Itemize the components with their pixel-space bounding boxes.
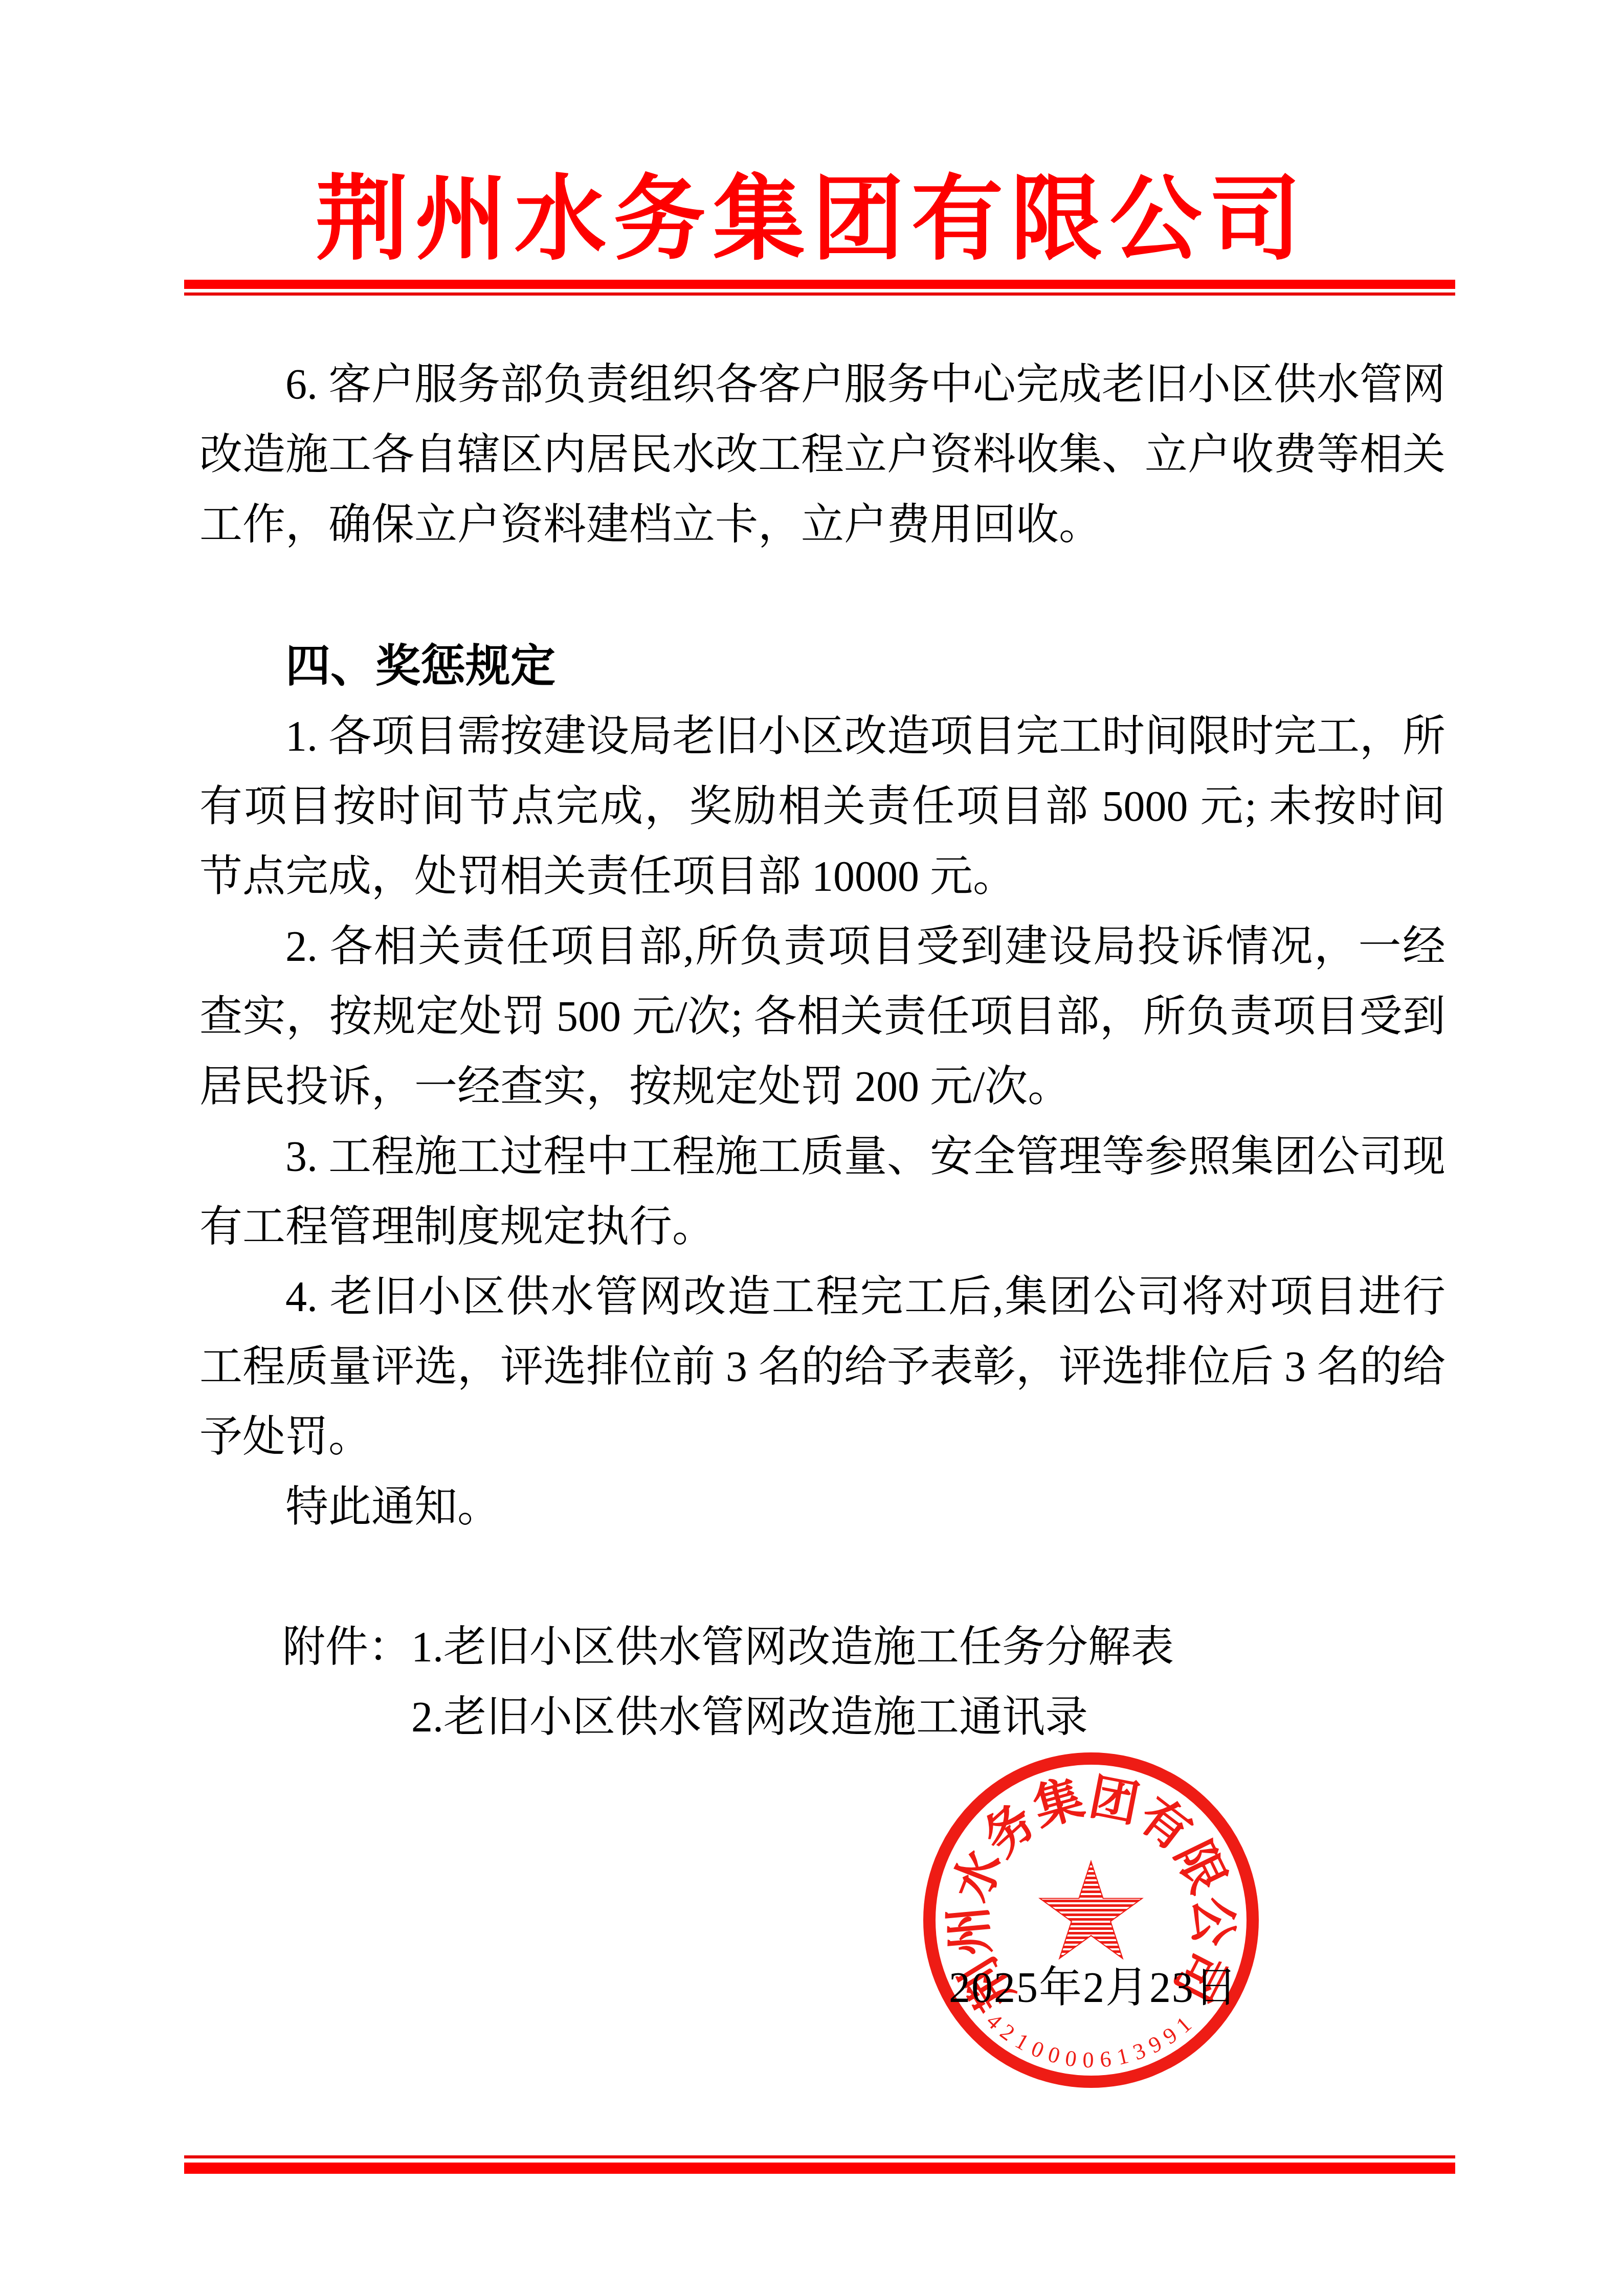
notice-body: 6. 客户服务部负责组织各客户服务中心完成老旧小区供水管网改造施工各自辖区内居民… <box>199 350 1445 1752</box>
footer-thick-rule <box>184 2163 1455 2174</box>
letterhead-title: 荆州水务集团有限公司 <box>0 169 1624 271</box>
document-page: 荆州水务集团有限公司 6. 客户服务部负责组织各客户服务中心完成老旧小区供水管网… <box>0 0 1624 2296</box>
paragraph-item-3: 3. 工程施工过程中工程施工质量、安全管理等参照集团公司现有工程管理制度规定执行… <box>199 1122 1445 1262</box>
paragraph-item-4: 4. 老旧小区供水管网改造工程完工后,集团公司将对项目进行工程质量评选，评选排位… <box>199 1262 1445 1472</box>
attachment-label: 附件： <box>282 1624 411 1671</box>
attachment-line-1: 附件：1.老旧小区供水管网改造施工任务分解表 <box>282 1612 1445 1682</box>
seal-graphic: 荆州水务集团有限公司 4210000613991 <box>923 1752 1259 2088</box>
letterhead-thin-rule <box>184 292 1455 296</box>
attachment-item-2: 2.老旧小区供水管网改造施工通讯录 <box>282 1682 1445 1752</box>
paragraph-item-2: 2. 各相关责任项目部,所负责项目受到建设局投诉情况，一经查实，按规定处罚 50… <box>199 912 1445 1122</box>
attachments-block: 附件：1.老旧小区供水管网改造施工任务分解表 2.老旧小区供水管网改造施工通讯录 <box>199 1612 1445 1752</box>
paragraph-item-1: 1. 各项目需按建设局老旧小区改造项目完工时间限时完工，所有项目按时间节点完成，… <box>199 702 1445 912</box>
closing-line: 特此通知。 <box>199 1472 1445 1542</box>
footer-thin-rule <box>184 2155 1455 2158</box>
issue-date: 2025年2月23日 <box>949 1963 1238 2014</box>
seal-star-icon <box>1040 1861 1142 1959</box>
section-heading-rewards-penalties: 四、奖惩规定 <box>199 632 1445 702</box>
paragraph-6: 6. 客户服务部负责组织各客户服务中心完成老旧小区供水管网改造施工各自辖区内居民… <box>199 350 1445 560</box>
attachment-item-1: 1.老旧小区供水管网改造施工任务分解表 <box>411 1624 1174 1671</box>
letterhead-thick-rule <box>184 280 1455 289</box>
official-seal: 荆州水务集团有限公司 4210000613991 <box>923 1752 1259 2088</box>
